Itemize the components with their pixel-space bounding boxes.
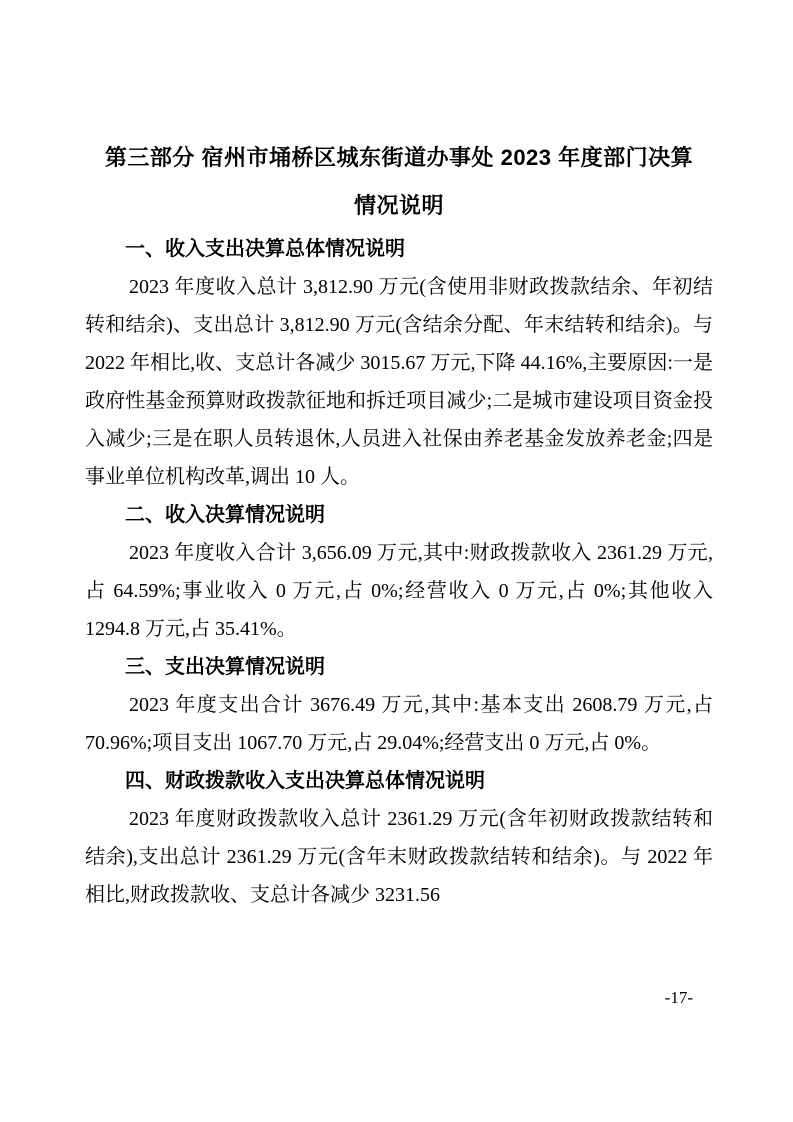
page-number: -17- — [665, 988, 693, 1008]
document-title-line-2: 情况说明 — [85, 182, 713, 230]
section-heading: 四、财政拨款收入支出决算总体情况说明 — [85, 762, 713, 800]
section-expenditure-details: 三、支出决算情况说明 2023 年度支出合计 3676.49 万元,其中:基本支… — [85, 648, 713, 762]
section-paragraph: 2023 年度收入总计 3,812.90 万元(含使用非财政拨款结余、年初结转和… — [85, 268, 713, 496]
section-paragraph: 2023 年度支出合计 3676.49 万元,其中:基本支出 2608.79 万… — [85, 686, 713, 762]
document-title: 第三部分 宿州市埇桥区城东街道办事处 2023 年度部门决算 情况说明 — [85, 134, 713, 230]
section-income-details: 二、收入决算情况说明 2023 年度收入合计 3,656.09 万元,其中:财政… — [85, 496, 713, 648]
document-title-line-1: 第三部分 宿州市埇桥区城东街道办事处 2023 年度部门决算 — [85, 134, 713, 182]
document-page: 第三部分 宿州市埇桥区城东街道办事处 2023 年度部门决算 情况说明 一、收入… — [0, 0, 793, 1122]
section-heading: 一、收入支出决算总体情况说明 — [85, 230, 713, 268]
section-heading: 二、收入决算情况说明 — [85, 496, 713, 534]
section-income-expenditure-overview: 一、收入支出决算总体情况说明 2023 年度收入总计 3,812.90 万元(含… — [85, 230, 713, 496]
section-heading: 三、支出决算情况说明 — [85, 648, 713, 686]
section-paragraph: 2023 年度收入合计 3,656.09 万元,其中:财政拨款收入 2361.2… — [85, 534, 713, 648]
section-fiscal-appropriation-overview: 四、财政拨款收入支出决算总体情况说明 2023 年度财政拨款收入总计 2361.… — [85, 762, 713, 914]
section-paragraph: 2023 年度财政拨款收入总计 2361.29 万元(含年初财政拨款结转和结余)… — [85, 800, 713, 914]
document-content: 第三部分 宿州市埇桥区城东街道办事处 2023 年度部门决算 情况说明 一、收入… — [85, 134, 713, 914]
